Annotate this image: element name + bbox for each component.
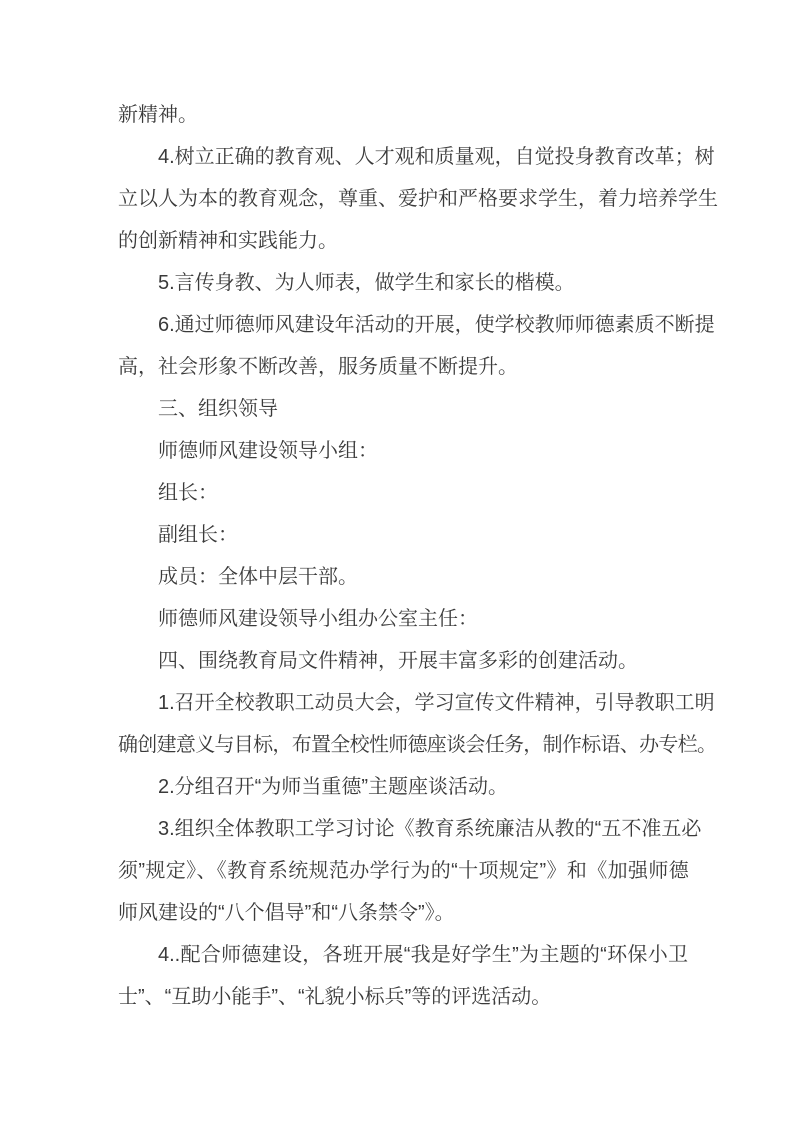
text-line: 副组长： xyxy=(118,514,688,556)
text-block: 新精神。4.树立正确的教育观、人才观和质量观，自觉投身教育改革；树立以人为本的教… xyxy=(118,94,688,1018)
text-line: 士”、“互助小能手”、“礼貌小标兵”等的评选活动。 xyxy=(118,976,688,1018)
text-line: 师德师风建设领导小组办公室主任： xyxy=(118,598,688,640)
text-line: 师风建设的“八个倡导”和“八条禁令”》。 xyxy=(118,892,688,934)
text-line: 2.分组召开“为师当重德”主题座谈活动。 xyxy=(118,766,688,808)
document-page: 新精神。4.树立正确的教育观、人才观和质量观，自觉投身教育改革；树立以人为本的教… xyxy=(0,0,793,1122)
text-line: 组长： xyxy=(118,472,688,514)
text-line: 4.树立正确的教育观、人才观和质量观，自觉投身教育改革；树 xyxy=(118,136,688,178)
text-line: 5.言传身教、为人师表，做学生和家长的楷模。 xyxy=(118,262,688,304)
text-line: 4..配合师德建设，各班开展“我是好学生”为主题的“环保小卫 xyxy=(118,934,688,976)
text-line: 成员：全体中层干部。 xyxy=(118,556,688,598)
text-line: 1.召开全校教职工动员大会，学习宣传文件精神，引导教职工明 xyxy=(118,682,688,724)
text-line: 3.组织全体教职工学习讨论《教育系统廉洁从教的“五不准五必 xyxy=(118,808,688,850)
text-line: 新精神。 xyxy=(118,94,688,136)
text-line: 确创建意义与目标，布置全校性师德座谈会任务，制作标语、办专栏。 xyxy=(118,724,688,766)
text-line: 6.通过师德师风建设年活动的开展，使学校教师师德素质不断提 xyxy=(118,304,688,346)
text-line: 三、组织领导 xyxy=(118,388,688,430)
text-line: 立以人为本的教育观念，尊重、爱护和严格要求学生，着力培养学生 xyxy=(118,178,688,220)
text-line: 的创新精神和实践能力。 xyxy=(118,220,688,262)
text-line: 高，社会形象不断改善，服务质量不断提升。 xyxy=(118,346,688,388)
text-line: 须”规定》、《教育系统规范办学行为的“十项规定”》和《加强师德 xyxy=(118,850,688,892)
text-line: 师德师风建设领导小组： xyxy=(118,430,688,472)
text-line: 四、围绕教育局文件精神，开展丰富多彩的创建活动。 xyxy=(118,640,688,682)
